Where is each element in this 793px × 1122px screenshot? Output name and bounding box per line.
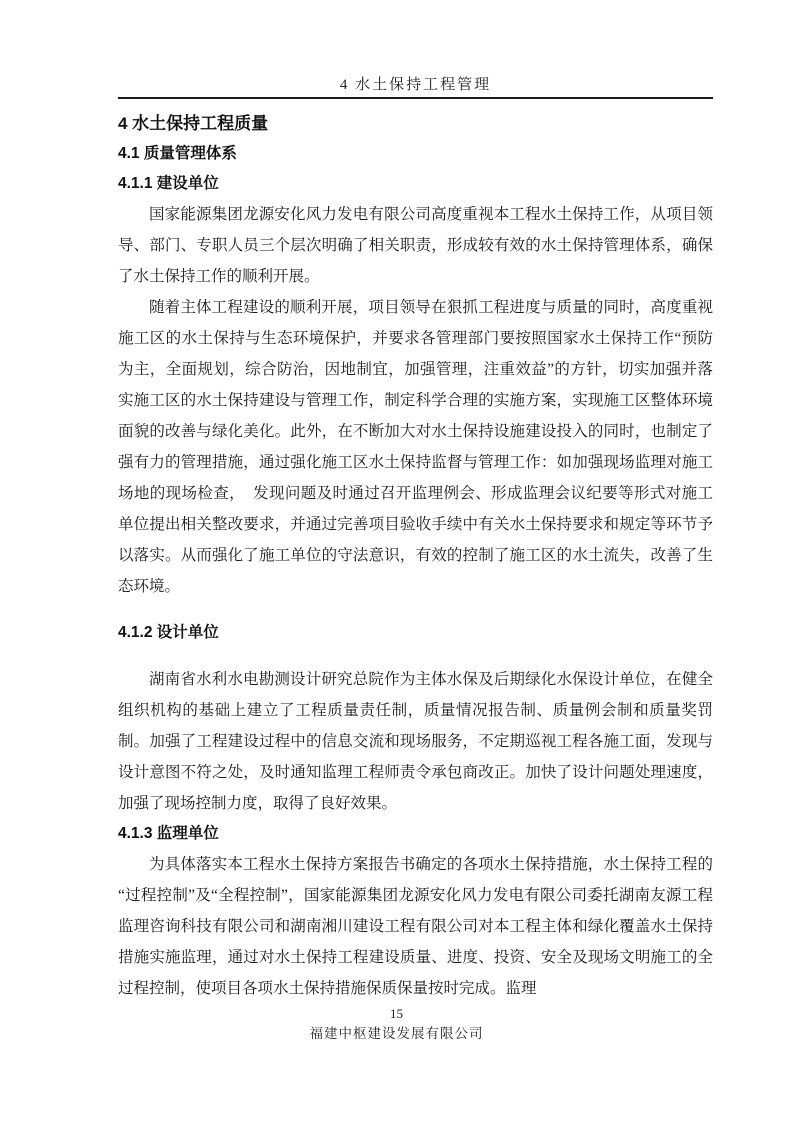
running-header-title: 4 水土保持工程管理 xyxy=(118,76,713,94)
page-number: 15 xyxy=(0,1004,793,1024)
subsection-heading-design-unit: 4.1.2 设计单位 xyxy=(118,618,713,648)
page-footer: 15 福建中枢建设发展有限公司 xyxy=(0,1004,793,1044)
paragraph: 为具体落实本工程水土保持方案报告书确定的各项水土保持措施，水土保持工程的“过程控… xyxy=(118,849,713,1004)
paragraph: 国家能源集团龙源安化风力发电有限公司高度重视本工程水土保持工作，从项目领导、部门… xyxy=(118,199,713,292)
document-body: 4 水土保持工程质量 4.1 质量管理体系 4.1.1 建设单位 国家能源集团龙… xyxy=(118,109,713,1004)
subsection-heading-supervision-unit: 4.1.3 监理单位 xyxy=(118,819,713,849)
paragraph: 湖南省水利水电勘测设计研究总院作为主体水保及后期绿化水保设计单位，在健全组织机构… xyxy=(118,664,713,819)
chapter-heading: 4 水土保持工程质量 xyxy=(118,109,713,139)
content-column: 4 水土保持工程管理 4 水土保持工程质量 4.1 质量管理体系 4.1.1 建… xyxy=(118,0,713,1004)
subsection-heading-construction-unit: 4.1.1 建设单位 xyxy=(118,169,713,199)
footer-company-name: 福建中枢建设发展有限公司 xyxy=(0,1024,793,1044)
page-header: 4 水土保持工程管理 xyxy=(118,0,713,99)
paragraph: 随着主体工程建设的顺利开展，项目领导在狠抓工程进度与质量的同时，高度重视施工区的… xyxy=(118,292,713,602)
document-page: 4 水土保持工程管理 4 水土保持工程质量 4.1 质量管理体系 4.1.1 建… xyxy=(0,0,793,1122)
section-heading: 4.1 质量管理体系 xyxy=(118,139,713,169)
